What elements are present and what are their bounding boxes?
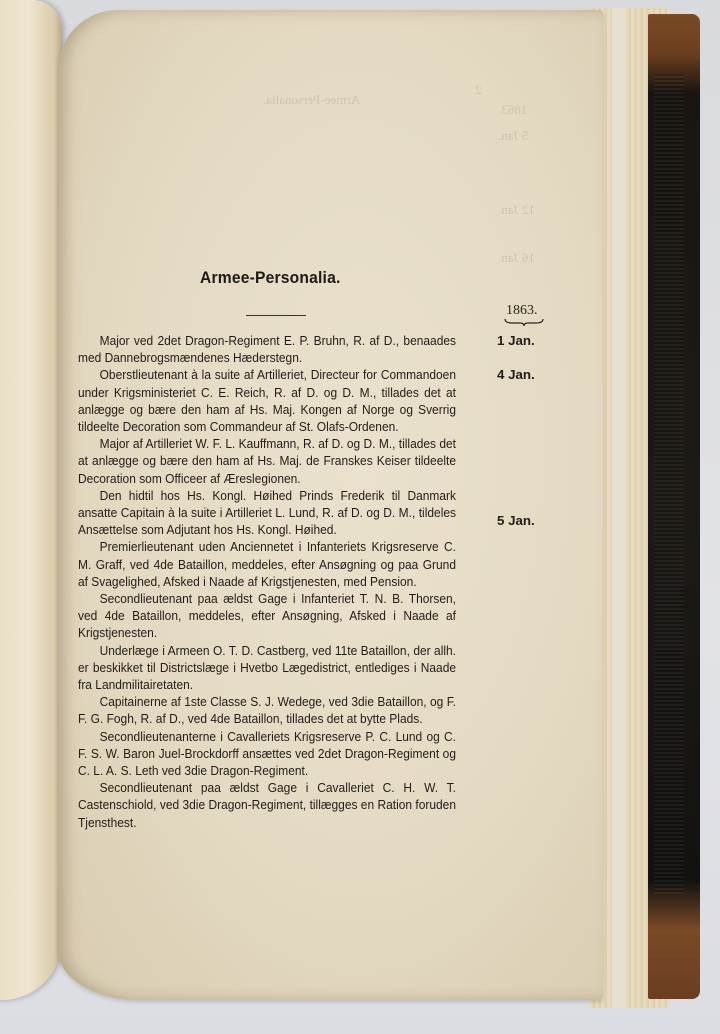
section-title: Armee-Personalia.: [200, 268, 340, 288]
brace-icon: [504, 318, 544, 326]
title-underline: [246, 315, 306, 316]
show-through-page-number: 2: [475, 82, 482, 98]
show-through-year: 1863.: [498, 102, 527, 118]
entry-text: Secondlieutenant paa ældst Gage i Infant…: [78, 590, 456, 642]
facing-left-page: [0, 0, 62, 1000]
year-heading: 1863.: [506, 303, 538, 319]
entry-date: 1 Jan.: [497, 332, 535, 349]
entry-text: Secondlieutenanterne i Cavalleriets Krig…: [78, 728, 456, 780]
entry-text: Capitainerne af 1ste Classe S. J. Wedege…: [78, 693, 456, 727]
entry-text: Secondlieutenant paa ældst Gage i Cavall…: [78, 779, 456, 831]
show-through-header: Armee-Personalia.: [263, 92, 360, 108]
entry-text: Major af Artilleriet W. F. L. Kauffmann,…: [78, 435, 456, 487]
entry-text: Premierlieutenant uden Anciennetet i Inf…: [78, 538, 456, 590]
entry-text: Underlæge i Armeen O. T. D. Castberg, ve…: [78, 642, 456, 694]
book-spine: [648, 14, 700, 999]
entry-date: 4 Jan.: [497, 366, 535, 383]
show-through-date: 16 Jan.: [498, 250, 535, 266]
entries-column: Major ved 2det Dragon-Regiment E. P. Bru…: [78, 332, 456, 831]
entry-date: 5 Jan.: [497, 512, 535, 529]
entry-text: Den hidtil hos Hs. Kongl. Høihed Prinds …: [78, 487, 456, 539]
entry-text: Major ved 2det Dragon-Regiment E. P. Bru…: [78, 332, 456, 366]
entry-text: Oberstlieutenant à la suite af Artilleri…: [78, 366, 456, 435]
show-through-date: 5 Jan.: [498, 128, 528, 144]
show-through-date: 12 Jan.: [498, 202, 535, 218]
page-edge-band: [612, 8, 626, 1008]
